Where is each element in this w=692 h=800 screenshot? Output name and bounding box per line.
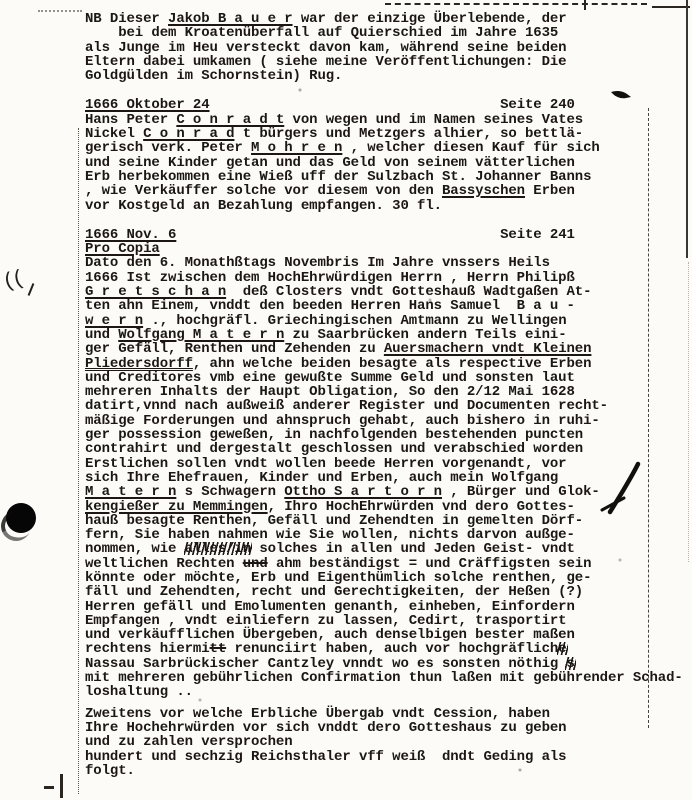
- text-line: und Creditores vmb eine gewußte Summe Ge…: [85, 371, 692, 385]
- entry-1666-november-6: 1666 Nov. 6 Seite 241Pro CopiaDato den 6…: [85, 228, 692, 700]
- text-line: Nickel C o n r a d t bürgers und Metzger…: [85, 127, 692, 141]
- text-line: mit mehreren gebührlichen Confirmation t…: [85, 671, 692, 685]
- text-segment: folgt.: [85, 763, 135, 779]
- text-line: Pliedersdorff, ahn welche beiden besagte…: [85, 357, 692, 371]
- text-line: ger Gefäll, Renthen und Zehenden zu Auer…: [85, 342, 692, 356]
- text-line: Erstlichen sollen vndt wollen beede Herr…: [85, 457, 692, 471]
- top-cross-tick: [584, 0, 586, 10]
- text-line: mäßige Forderungen und ahnspruch gehabt,…: [85, 414, 692, 428]
- text-segment: [176, 227, 500, 243]
- text-line: gerisch verk. Peter M o h r e n , welche…: [85, 141, 692, 155]
- text-line: loshaltung ..: [85, 685, 692, 699]
- scanned-document-page: (( NB Dieser Jakob B a u e r war der ein…: [0, 0, 692, 800]
- text-line: und Wolfgang M a t e r n zu Saarbrücken …: [85, 328, 692, 342]
- text-line: nommen, wie alles/in solches in allen un…: [85, 542, 692, 556]
- corner-mark-bar: [60, 774, 63, 798]
- margin-line-left: [78, 128, 79, 794]
- document-text: NB Dieser Jakob B a u e r war der einzig…: [85, 12, 692, 778]
- text-line: hauß besagte Renthen, Gefäll und Zehendt…: [85, 514, 692, 528]
- text-line: G r e t s c h a n deß Closters vndt Gott…: [85, 285, 692, 299]
- text-line: und zu zahlen versprochen: [85, 735, 692, 749]
- scan-artifact-dots: [38, 10, 82, 12]
- text-line: und seine Kinder getan und das Geld von …: [85, 156, 692, 170]
- text-line: fern, Sie haben nahmen wie Sie wollen, n…: [85, 528, 692, 542]
- text-line: Herren gefäll und Emolumenten genanth, e…: [85, 600, 692, 614]
- handwritten-paren-mark: ((: [1, 268, 25, 295]
- text-line: bei dem Kroatenüberfall auf Quierschied …: [85, 26, 692, 40]
- text-line: hundert und sechzig Reichsthaler vff wei…: [85, 750, 692, 764]
- text-line: rechtens hiermitt renunciirt haben, auch…: [85, 642, 692, 656]
- text-segment: loshaltung ..: [85, 684, 193, 700]
- text-line: Nassau Sarbrückischer Cantzley vnndt wo …: [85, 657, 692, 671]
- nb-note-paragraph: NB Dieser Jakob B a u e r war der einzig…: [85, 12, 692, 83]
- text-line: Dato den 6. Monathßtags Novembris Im Jah…: [85, 256, 692, 270]
- struck-text: alles/in: [185, 541, 251, 557]
- text-line: ger possession geweßen, in nachfolgenden…: [85, 428, 692, 442]
- text-line: kengießer zu Memmingen, Ihro HochEhrwürd…: [85, 500, 692, 514]
- handwritten-paren-tail: [28, 283, 35, 296]
- text-line: ten ahn Einem, vnddt den beeden Herren H…: [85, 299, 692, 313]
- text-line: weltlichen Rechten und ahm beständigst =…: [85, 557, 692, 571]
- text-segment: Erben: [525, 183, 575, 199]
- underlined-text: Bassyschen: [442, 183, 525, 199]
- text-segment: vor Kostgeld an Bezahlung empfangen. 30 …: [85, 198, 442, 214]
- text-line: Erb herbekommen eine Wieß uff der Sulzba…: [85, 170, 692, 184]
- text-line: 1666 Nov. 6 Seite 241: [85, 228, 692, 242]
- text-line: als Junge im Heu versteckt davon kam, wä…: [85, 41, 692, 55]
- zweitens-paragraph: Zweitens vor welche Erbliche Übergab vnd…: [85, 707, 692, 778]
- top-dashed-rule-short: [652, 6, 690, 8]
- text-line: 1666 Ist zwischen dem HochEhrwürdigen He…: [85, 271, 692, 285]
- text-line: , wie Verkäuffer solche vor diesem von d…: [85, 184, 692, 198]
- text-segment: hundert und sechzig Reichsthaler vff wei…: [85, 749, 566, 765]
- text-line: mehreren Inhalts der Haupt Obligation, S…: [85, 385, 692, 399]
- text-line: Eltern dabei umkamen ( siehe meine Veröf…: [85, 55, 692, 69]
- text-line: Ihre Hochehrwürden vor sich vnddt dero G…: [85, 721, 692, 735]
- text-line: w e r n ., hochgräfl. Griechingischen Am…: [85, 314, 692, 328]
- text-line: und verkäufflichen Übergeben, auch dense…: [85, 628, 692, 642]
- text-line: Goldgülden im Schornstein) Rug.: [85, 69, 692, 83]
- text-line: Zweitens vor welche Erbliche Übergab vnd…: [85, 707, 692, 721]
- text-line: M a t e r n s Schwagern Ottho S a r t o …: [85, 485, 692, 499]
- top-dashed-rule: [385, 3, 647, 5]
- text-segment: Goldgülden im Schornstein) Rug.: [85, 68, 342, 84]
- text-line: vor Kostgeld an Bezahlung empfangen. 30 …: [85, 199, 692, 213]
- text-line: folgt.: [85, 764, 692, 778]
- text-line: 1666 Oktober 24 Seite 240: [85, 98, 692, 112]
- text-line: datirt,vnnd nach außweiß anderer Registe…: [85, 399, 692, 413]
- hole-punch-mark: [6, 503, 36, 533]
- text-segment: Seite 241: [500, 227, 575, 243]
- struck-text: s: [566, 656, 574, 672]
- text-line: Pro Copia: [85, 242, 692, 256]
- text-line: könnte oder möchte, Erb und Eigenthümlic…: [85, 571, 692, 585]
- entry-1666-oktober-24: 1666 Oktober 24 Seite 240Hans Peter C o …: [85, 98, 692, 212]
- text-line: Hans Peter C o n r a d t von wegen und i…: [85, 113, 692, 127]
- text-line: fäll und Zehendten, recht und Gerechtigk…: [85, 585, 692, 599]
- text-line: sich Ihre Ehefrauen, Kinder und Erben, a…: [85, 471, 692, 485]
- text-line: NB Dieser Jakob B a u e r war der einzig…: [85, 12, 692, 26]
- text-line: contrahirt und dergestalt geschlossen un…: [85, 442, 692, 456]
- corner-mark-dash: [44, 786, 54, 789]
